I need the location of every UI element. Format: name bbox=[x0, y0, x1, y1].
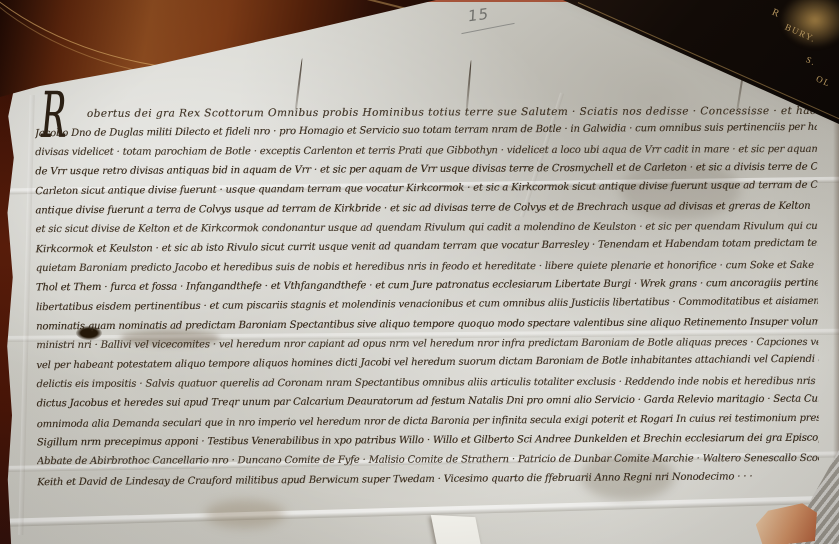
parchment-right-edge bbox=[833, 120, 839, 460]
leather-book-top-left bbox=[0, 0, 460, 110]
table-left-edge bbox=[0, 84, 15, 544]
charter-text: R obertus dei gra Rex Scottorum Omnibus … bbox=[35, 104, 819, 509]
ascender-flourish bbox=[295, 58, 303, 110]
photo-of-charter: R BURY. S. OL 15 R obertus dei gra Rex S… bbox=[0, 0, 839, 544]
archive-tag bbox=[431, 515, 481, 544]
ascender-flourish bbox=[466, 60, 472, 108]
gold-fillet-arc bbox=[0, 0, 546, 82]
spine-lettering: OL bbox=[815, 73, 833, 88]
text-line: quietam Baroniam predicto Jacobo et here… bbox=[36, 260, 818, 282]
pencil-folio-number: 15 bbox=[467, 5, 490, 26]
text-line: delictis eis impositis · Salvis quatuor … bbox=[36, 376, 818, 398]
text-line: divisas videlicet · totam parochiam de B… bbox=[35, 144, 817, 166]
spine-lettering: S. bbox=[804, 54, 817, 67]
